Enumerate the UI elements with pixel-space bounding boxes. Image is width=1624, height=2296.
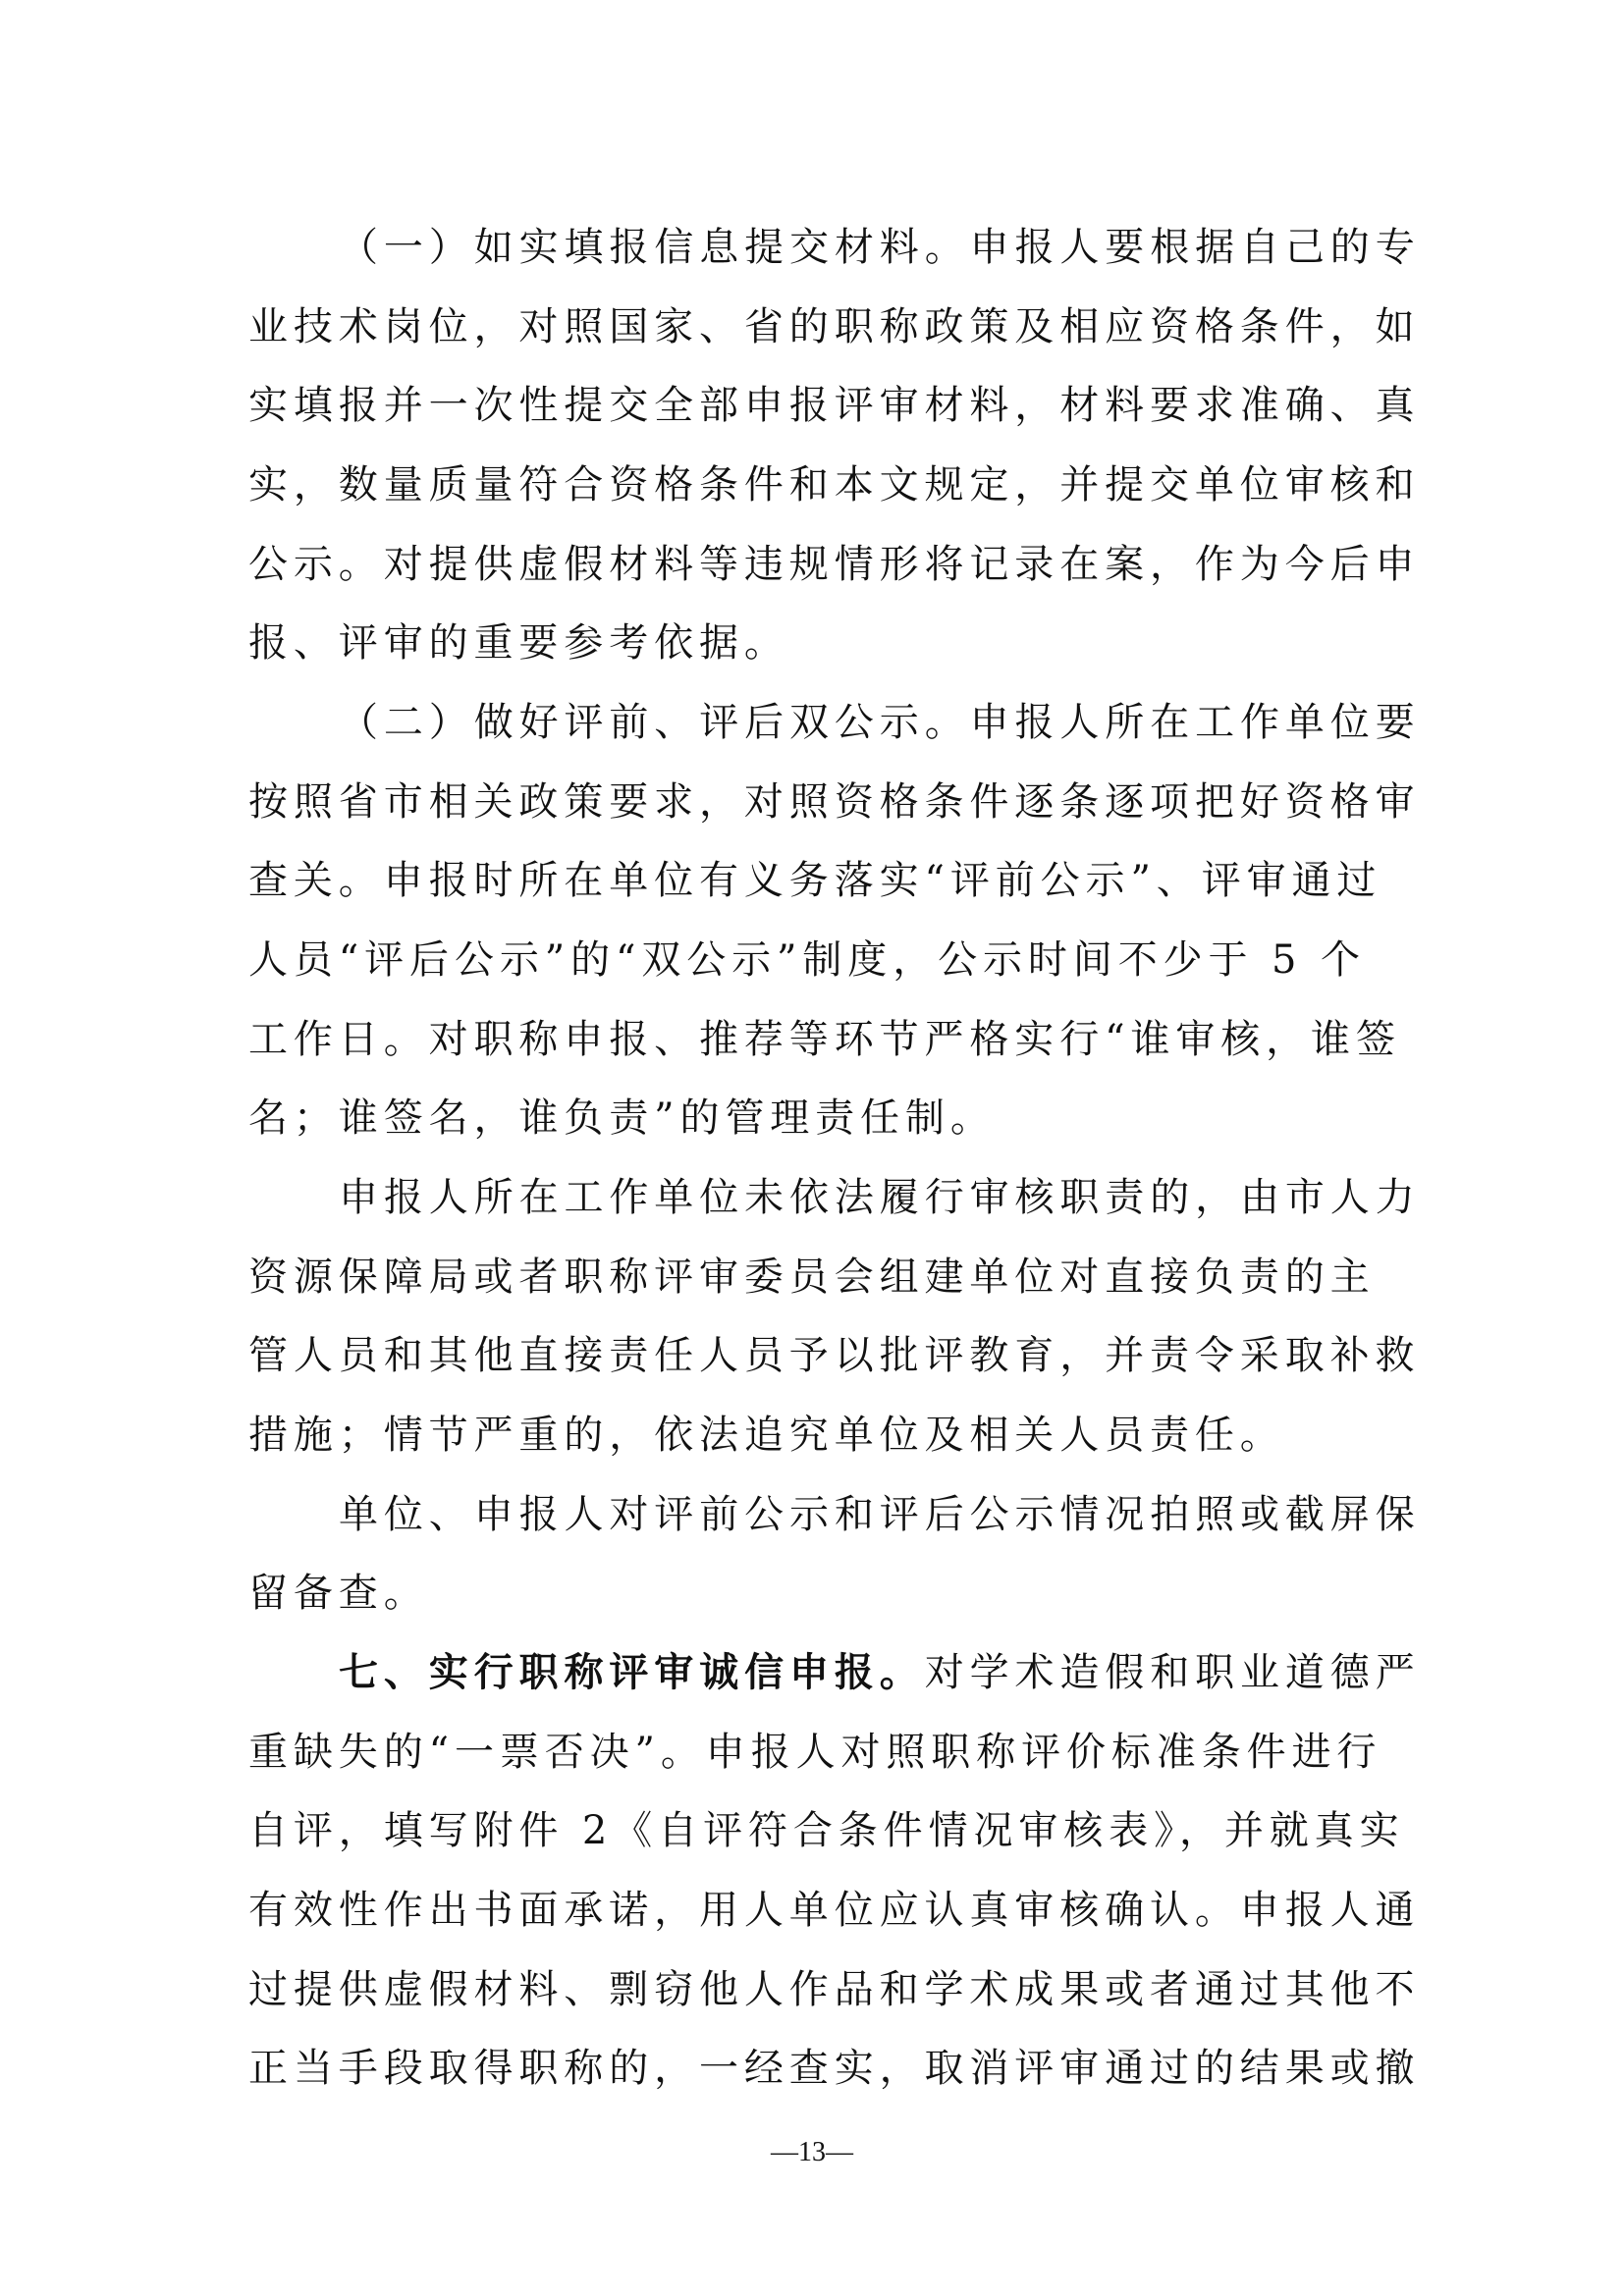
paragraph-1-line-1: （一）如实填报信息提交材料。申报人要根据自己的专	[339, 218, 1478, 277]
paragraph-1-line-6: 报、评审的重要参考依据。	[248, 614, 1387, 672]
paragraph-2-line-4: 人员“评后公示”的“双公示”制度，公示时间不少于 5 个	[248, 931, 1387, 989]
document-page: （一）如实填报信息提交材料。申报人要根据自己的专 业技术岗位，对照国家、省的职称…	[0, 0, 1624, 2296]
paragraph-2-line-2: 按照省市相关政策要求，对照资格条件逐条逐项把好资格审	[248, 773, 1387, 831]
paragraph-1-line-3: 实填报并一次性提交全部申报评审材料，材料要求准确、真	[248, 376, 1387, 435]
paragraph-2-line-1: （二）做好评前、评后双公示。申报人所在工作单位要	[339, 693, 1478, 752]
paragraph-4-line-2: 留备查。	[248, 1564, 1387, 1623]
paragraph-1-line-2: 业技术岗位，对照国家、省的职称政策及相应资格条件，如	[248, 297, 1387, 356]
page-number: —13—	[714, 2135, 910, 2170]
section-7-line-6: 正当手段取得职称的，一经查实，取消评审通过的结果或撤	[248, 2039, 1387, 2098]
paragraph-1-line-4: 实，数量质量符合资格条件和本文规定，并提交单位审核和	[248, 455, 1387, 514]
paragraph-2-line-5: 工作日。对职称申报、推荐等环节严格实行“谁审核，谁签	[248, 1010, 1387, 1069]
paragraph-2-line-3: 查关。申报时所在单位有义务落实“评前公示”、评审通过	[248, 851, 1387, 910]
section-7-line-4: 有效性作出书面承诺，用人单位应认真审核确认。申报人通	[248, 1881, 1387, 1940]
section-7-line-3: 自评，填写附件 2《自评符合条件情况审核表》，并就真实	[248, 1801, 1387, 1860]
paragraph-3-line-3: 管人员和其他直接责任人员予以批评教育，并责令采取补救	[248, 1326, 1387, 1385]
section-7-line-2: 重缺失的“一票否决”。申报人对照职称评价标准条件进行	[248, 1723, 1387, 1782]
section-7-body-start: 对学术造假和职业道德严	[925, 1650, 1421, 1695]
paragraph-3-line-2: 资源保障局或者职称评审委员会组建单位对直接负责的主	[248, 1248, 1387, 1307]
paragraph-3-line-1: 申报人所在工作单位未依法履行审核职责的，由市人力	[339, 1168, 1478, 1227]
paragraph-2-line-6: 名；谁签名，谁负责”的管理责任制。	[248, 1089, 1387, 1148]
section-7-heading: 七、实行职称评审诚信申报。	[339, 1650, 925, 1695]
paragraph-1-line-5: 公示。对提供虚假材料等违规情形将记录在案，作为今后申	[248, 535, 1387, 594]
paragraph-3-line-4: 措施；情节严重的，依法追究单位及相关人员责任。	[248, 1406, 1387, 1465]
section-7-line-1: 七、实行职称评审诚信申报。对学术造假和职业道德严	[339, 1643, 1478, 1702]
paragraph-4-line-1: 单位、申报人对评前公示和评后公示情况拍照或截屏保	[339, 1485, 1478, 1544]
section-7-line-5: 过提供虚假材料、剽窃他人作品和学术成果或者通过其他不	[248, 1960, 1387, 2019]
